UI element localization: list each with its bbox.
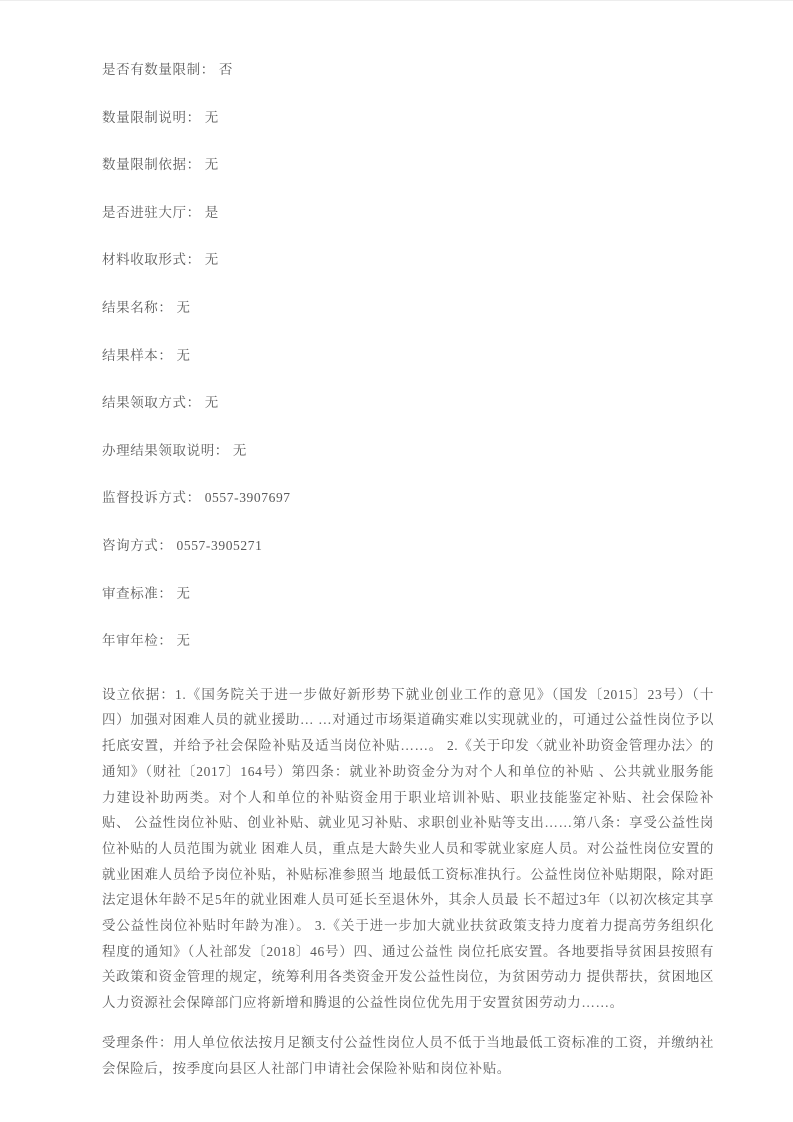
document-page: 是否有数量限制：否 数量限制说明：无 数量限制依据：无 是否进驻大厅：是 材料收… bbox=[0, 0, 793, 1122]
field-label: 结果名称： bbox=[102, 300, 173, 315]
field-value: 无 bbox=[205, 252, 219, 267]
field-row-result-name: 结果名称：无 bbox=[102, 301, 714, 316]
acceptance-conditions-paragraph: 受理条件：用人单位依法按月足额支付公益性岗位人员不低于当地最低工资标准的工资，并… bbox=[102, 1030, 714, 1081]
field-row-result-pickup-method: 结果领取方式：无 bbox=[102, 396, 714, 411]
field-row-quantity-limit-note: 数量限制说明：无 bbox=[102, 111, 714, 126]
field-label: 咨询方式： bbox=[102, 538, 173, 553]
field-row-enter-hall: 是否进驻大厅：是 bbox=[102, 206, 714, 221]
field-row-quantity-limit-basis: 数量限制依据：无 bbox=[102, 158, 714, 173]
field-label: 结果样本： bbox=[102, 348, 173, 363]
field-value: 0557-3907697 bbox=[205, 490, 291, 505]
field-value: 否 bbox=[219, 62, 233, 77]
field-row-review-standard: 审查标准：无 bbox=[102, 587, 714, 602]
field-row-result-sample: 结果样本：无 bbox=[102, 349, 714, 364]
paragraph-text: 1.《国务院关于进一步做好新形势下就业创业工作的意见》（国发〔2015〕23号）… bbox=[102, 687, 714, 1010]
field-label: 监督投诉方式： bbox=[102, 490, 201, 505]
field-row-supervision-complaint-phone: 监督投诉方式：0557-3907697 bbox=[102, 491, 714, 506]
field-label: 是否有数量限制： bbox=[102, 62, 215, 77]
document-content: 是否有数量限制：否 数量限制说明：无 数量限制依据：无 是否进驻大厅：是 材料收… bbox=[102, 63, 714, 1081]
field-label: 数量限制说明： bbox=[102, 110, 201, 125]
field-value: 0557-3905271 bbox=[177, 538, 263, 553]
field-value: 无 bbox=[177, 300, 191, 315]
field-label: 结果领取方式： bbox=[102, 395, 201, 410]
field-value: 无 bbox=[177, 586, 191, 601]
field-value: 无 bbox=[177, 348, 191, 363]
field-label: 审查标准： bbox=[102, 586, 173, 601]
field-value: 无 bbox=[205, 110, 219, 125]
field-label: 年审年检： bbox=[102, 633, 173, 648]
field-label: 材料收取形式： bbox=[102, 252, 201, 267]
field-row-annual-review: 年审年检：无 bbox=[102, 634, 714, 649]
field-row-consultation-phone: 咨询方式：0557-3905271 bbox=[102, 539, 714, 554]
top-divider bbox=[0, 0, 793, 1]
field-row-quantity-limit: 是否有数量限制：否 bbox=[102, 63, 714, 78]
paragraph-text: 用人单位依法按月足额支付公益性岗位人员不低于当地最低工资标准的工资，并缴纳社会保… bbox=[102, 1035, 714, 1076]
field-value: 无 bbox=[233, 443, 247, 458]
field-row-material-collection-form: 材料收取形式：无 bbox=[102, 253, 714, 268]
field-value: 是 bbox=[205, 205, 219, 220]
field-label: 数量限制依据： bbox=[102, 157, 201, 172]
field-label: 办理结果领取说明： bbox=[102, 443, 229, 458]
establishment-basis-paragraph: 设立依据：1.《国务院关于进一步做好新形势下就业创业工作的意见》（国发〔2015… bbox=[102, 682, 714, 1016]
paragraph-label: 受理条件： bbox=[102, 1035, 173, 1050]
field-value: 无 bbox=[205, 157, 219, 172]
field-value: 无 bbox=[205, 395, 219, 410]
field-label: 是否进驻大厅： bbox=[102, 205, 201, 220]
paragraph-label: 设立依据： bbox=[102, 687, 175, 702]
field-row-result-pickup-note: 办理结果领取说明：无 bbox=[102, 444, 714, 459]
field-value: 无 bbox=[177, 633, 191, 648]
